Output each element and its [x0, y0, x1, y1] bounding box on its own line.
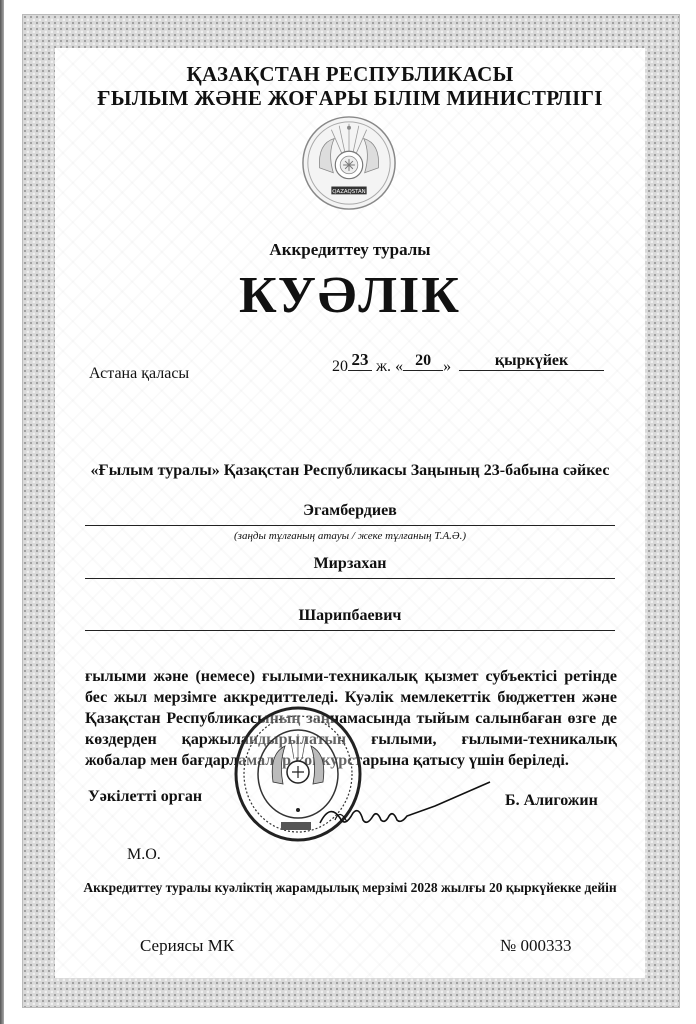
certificate-series: Сериясы МК [140, 936, 234, 956]
svg-text:QAZAQSTAN: QAZAQSTAN [332, 189, 365, 195]
year-marker: ж. [376, 358, 391, 376]
holder-patronymic: Шарипбаевич [85, 604, 615, 631]
seal-place-label: М.О. [127, 846, 161, 864]
holder-name-hint: (заңды тұлғаның атауы / жеке тұлғаның Т.… [85, 530, 615, 542]
year-field: 23 [348, 350, 372, 371]
open-quote: « [395, 358, 403, 376]
header-country: ҚАЗАҚСТАН РЕСПУБЛИКАСЫ [55, 62, 645, 87]
scan-edge [0, 0, 4, 1024]
header-ministry: ҒЫЛЫМ ЖӘНЕ ЖОҒАРЫ БІЛІМ МИНИСТРЛІГІ [55, 86, 645, 111]
close-quote: » [443, 358, 451, 376]
certificate-page: ҚАЗАҚСТАН РЕСПУБЛИКАСЫ ҒЫЛЫМ ЖӘНЕ ЖОҒАРЫ… [55, 48, 645, 978]
month-field: қыркүйек [459, 352, 604, 371]
validity-statement: Аккредиттеу туралы куәліктің жарамдылық … [55, 880, 645, 896]
signer-name: Б. Алигожин [505, 792, 598, 810]
issue-place: Астана қаласы [89, 365, 189, 383]
holder-surname: Эгамбердиев [85, 499, 615, 526]
authority-label: Уәкілетті орган [88, 788, 202, 806]
law-reference: «Ғылым туралы» Қазақстан Республикасы За… [85, 462, 615, 480]
state-emblem-icon: QAZAQSTAN [300, 114, 398, 212]
certificate-subtitle: Аккредиттеу туралы [55, 240, 645, 260]
certificate-title: КУӘЛІК [55, 266, 645, 325]
day-field: 20 [403, 352, 443, 371]
year-prefix: 20 [332, 358, 348, 376]
holder-first-name: Мирзахан [85, 552, 615, 579]
certificate-number: № 000333 [500, 936, 571, 956]
issue-date: 2023 ж. «20» қыркүйек [332, 356, 604, 377]
signature-icon [315, 778, 495, 838]
